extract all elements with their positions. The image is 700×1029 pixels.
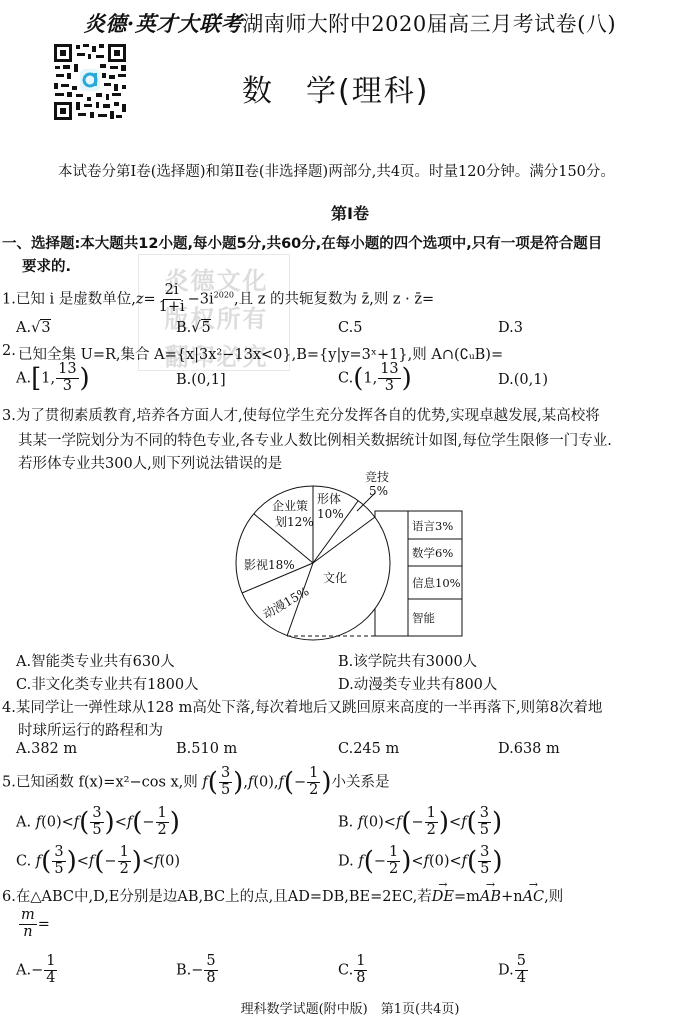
section-instructions-cont: 要求的. [22,255,71,276]
option-label: D. [498,741,514,757]
option-label: C. [338,370,353,386]
option-label: B. [338,814,353,830]
bracket: ) [80,363,90,393]
label-yingshi: 影视18% [244,558,295,572]
option-value: (0,1] [191,372,225,388]
exponent: 2020 [214,291,234,300]
option-value: 1, [41,370,55,386]
exam-header: 炎德·英才大联考湖南师大附中2020届高三月考试卷(八) [0,8,700,38]
question-3-line-2: 其某一学院划分为不同的特色专业,各专业人数比例相关数据统计如图,每位学生限修一门… [18,429,612,450]
option-label: C. [338,962,353,978]
option-value: 1, [363,370,377,386]
question-5: 5.已知函数 f(x)=x²−cos x,则 f(35),f(0),f(−12)… [2,766,390,799]
pie-chart: 竞技 5% 形体 10% 企业策 划12% 影视18% 文化 动漫15% 语言3… [230,465,480,650]
option-4a[interactable]: A.382 m [16,741,77,757]
volume-heading: 第Ⅰ卷 [0,201,700,224]
label-wenhua: 文化 [323,571,347,585]
option-6a[interactable]: A.−14 [16,954,58,987]
option-label: C. [338,741,353,757]
subject-title: 数 学(理科) [242,66,429,110]
option-label: D. [498,320,514,336]
section-instructions: 一、选择题:本大题共12小题,每小题5分,共60分,在每小题的四个选项中,只有一… [2,232,602,253]
option-value: 动漫类专业共有800人 [354,677,498,693]
question-text: 为了贯彻素质教育,培养各方面人才,使每位学生充分发挥各自的优势,实现卓越发展,某… [16,408,600,424]
question-6-tail: mn= [18,908,50,941]
option-label: A. [16,814,31,830]
option-3d[interactable]: D.动漫类专业共有800人 [338,673,497,694]
question-text: 某同学让一弹性球从128 m高处下落,每次着地后又跳回原来高度的一半再落下,则第… [16,700,602,716]
question-6: 6.在△ABC中,D,E分别是边AB,BC上的点,且AD=DB,BE=2EC,若… [2,885,563,906]
vector-de: DE [432,889,454,905]
option-label: A. [16,654,31,670]
sign: − [191,962,203,978]
option-2d[interactable]: D.(0,1) [498,372,548,388]
question-3: 3.为了贯彻素质教育,培养各方面人才,使每位学生充分发挥各自的优势,实现卓越发展… [2,404,600,425]
bracket: ) [402,363,412,393]
question-number: 6. [2,889,16,905]
numerator: 2i [163,283,181,300]
numerator: 13 [56,362,78,379]
question-4-line-2: 时球所运行的路程和为 [18,719,163,740]
denominator: 8 [204,971,217,987]
option-value: 该学院共有3000人 [353,654,477,670]
option-label: C. [338,320,353,336]
option-5c[interactable]: C. f(35)<f(−12)<f(0) [16,845,180,878]
option-6d[interactable]: D.54 [498,954,529,987]
denominator: 1+i [157,300,187,316]
label-xingti: 形体 [317,491,341,506]
question-4: 4.某同学让一弹性球从128 m高处下落,每次着地后又跳回原来高度的一半再落下,… [2,696,602,717]
denominator: 8 [354,971,367,987]
numerator: 1 [44,954,57,971]
numerator: 5 [515,954,528,971]
fraction: mn [19,908,37,941]
option-1a[interactable]: A.√3 [16,320,51,336]
brand-name: 炎德·英才大联考 [84,11,242,36]
option-value: 5 [353,320,362,336]
option-value: 638 m [514,741,560,757]
question-text: =m [454,889,480,905]
question-2-text: 已知全集 U=R,集合 A={x|3x²−13x<0},B={y|y=3ˣ+1}… [18,343,503,364]
option-value: 3 [40,319,50,336]
bracket: [ [31,363,41,393]
option-3a[interactable]: A.智能类专业共有630人 [16,650,175,671]
option-4d[interactable]: D.638 m [498,741,560,757]
option-1b[interactable]: B.√5 [176,320,211,336]
option-5d[interactable]: D. f(−12)<f(0)<f(35) [338,845,503,878]
option-value: 非文化类专业共有1800人 [31,677,198,693]
label-shuxue: 数学6% [412,546,453,560]
option-2a[interactable]: A.[1,133) [16,362,90,395]
label-xinxi: 信息10% [412,576,461,590]
label-zhineng: 智能 [412,611,435,625]
bracket: ( [353,363,363,393]
denominator: 4 [515,971,528,987]
option-label: B. [176,741,191,757]
option-value: 382 m [31,741,77,757]
fraction: 54 [515,954,528,987]
option-label: A. [16,962,31,978]
exam-title: 湖南师大附中2020届高三月考试卷(八) [242,12,616,36]
option-value: 3 [514,320,523,336]
option-4c[interactable]: C.245 m [338,741,399,757]
denominator: 3 [383,379,396,395]
option-label: A. [16,320,31,336]
option-value: 5 [201,319,211,336]
denominator: 3 [61,379,74,395]
question-text: −3i [188,291,214,307]
option-label: B. [176,372,191,388]
denominator: 4 [44,971,57,987]
exam-intro: 本试卷分第Ⅰ卷(选择题)和第Ⅱ卷(非选择题)两部分,共4页。时量120分钟。满分… [58,160,615,181]
option-value: 510 m [191,741,237,757]
question-number: 4. [2,700,16,716]
question-number: 5. [2,774,16,790]
numerator: 13 [378,362,400,379]
label-jingji-pct: 5% [369,484,388,498]
question-2: 2. [2,343,16,359]
option-1d[interactable]: D.3 [498,320,523,336]
denominator: n [21,925,34,941]
question-text: 已知函数 f(x)=x²−cos x,则 [16,774,198,790]
question-number: 1. [2,291,16,307]
qr-code-icon [52,42,128,122]
numerator: m [19,908,37,925]
equals: = [38,916,50,932]
question-text: +n [501,889,523,905]
label-qiye-2: 划12% [275,514,314,529]
option-3b[interactable]: B.该学院共有3000人 [338,650,477,671]
question-text: ,且 z 的共轭复数为 z̄,则 z · z̄= [234,291,434,307]
question-number: 3. [2,408,16,424]
option-label: D. [338,677,354,693]
sign: − [31,962,43,978]
option-4b[interactable]: B.510 m [176,741,237,757]
option-3c[interactable]: C.非文化类专业共有1800人 [16,673,199,694]
question-text: 小关系是 [332,774,390,790]
question-text: 已知 i 是虚数单位, [16,291,136,307]
option-label: D. [498,372,514,388]
question-text: 在△ABC中,D,E分别是边AB,BC上的点,且AD=DB,BE=2EC,若 [16,889,432,905]
question-1: 1.已知 i 是虚数单位,z=2i1+i−3i2020,且 z 的共轭复数为 z… [2,283,434,316]
option-5a[interactable]: A. f(0)<f(35)<f(−12) [16,806,180,839]
option-2c[interactable]: C.(1,133) [338,362,412,395]
fraction: 133 [378,362,400,395]
equals: = [143,291,155,307]
option-label: B. [176,320,191,336]
numerator: 5 [204,954,217,971]
label-qiye-1: 企业策 [272,498,308,513]
option-label: C. [16,677,31,693]
option-label: B. [338,654,353,670]
page-footer: 理科数学试题(附中版) 第1页(共4页) [0,998,700,1017]
option-label: C. [16,853,31,869]
vector-ac: AC [523,889,545,905]
numerator: 1 [354,954,367,971]
fraction: 14 [44,954,57,987]
fraction: 58 [204,954,217,987]
vector-ab: AB [480,889,501,905]
label-xingti-pct: 10% [317,507,344,521]
option-label: B. [176,962,191,978]
option-label: A. [16,741,31,757]
option-label: A. [16,370,31,386]
option-1c[interactable]: C.5 [338,320,362,336]
question-text: ,则 [544,889,563,905]
label-jingji: 竞技 [365,469,389,484]
option-value: 智能类专业共有630人 [31,654,175,670]
label-yuyan: 语言3% [412,519,453,533]
option-value: 245 m [353,741,399,757]
option-label: D. [498,962,514,978]
option-6b[interactable]: B.−58 [176,954,219,987]
option-2b[interactable]: B.(0,1] [176,372,226,388]
fraction: 133 [56,362,78,395]
option-label: D. [338,853,354,869]
option-5b[interactable]: B. f(0)<f(−12)<f(35) [338,806,502,839]
fraction: 18 [354,954,367,987]
fraction: 2i1+i [157,283,187,316]
option-6c[interactable]: C.18 [338,954,368,987]
option-value: (0,1) [514,372,548,388]
